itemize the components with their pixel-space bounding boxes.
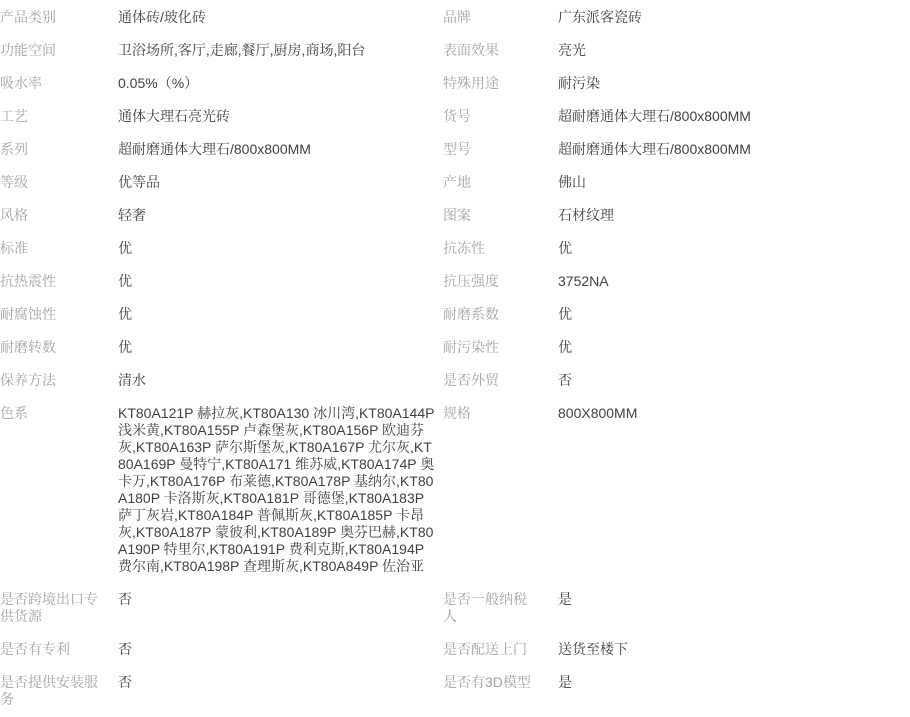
product-spec-table: 产品类别通体砖/玻化砖品牌广东派客瓷砖功能空间卫浴场所,客厅,走廊,餐厅,厨房,… bbox=[0, 9, 910, 717]
spec-label: 是否一般纳税人 bbox=[443, 591, 558, 641]
spec-value: 否 bbox=[558, 372, 910, 405]
spec-label: 是否外贸 bbox=[443, 372, 558, 405]
spec-value: 卫浴场所,客厅,走廊,餐厅,厨房,商场,阳台 bbox=[118, 42, 443, 75]
spec-label: 功能空间 bbox=[0, 42, 118, 75]
spec-label: 是否有3D模型 bbox=[443, 674, 558, 717]
spec-value: 超耐磨通体大理石/800x800MM bbox=[118, 141, 443, 174]
spec-row: 是否跨境出口专供货源否是否一般纳税人是 bbox=[0, 591, 910, 641]
spec-value: 3752NA bbox=[558, 273, 910, 306]
spec-value: 优 bbox=[118, 240, 443, 273]
spec-label: 图案 bbox=[443, 207, 558, 240]
spec-value: 优 bbox=[558, 339, 910, 372]
spec-label: 抗压强度 bbox=[443, 273, 558, 306]
spec-label: 色系 bbox=[0, 405, 118, 591]
spec-row: 耐磨转数优耐污染性优 bbox=[0, 339, 910, 372]
spec-label: 抗热震性 bbox=[0, 273, 118, 306]
spec-value: 优等品 bbox=[118, 174, 443, 207]
spec-value: 佛山 bbox=[558, 174, 910, 207]
spec-row: 风格轻奢图案石材纹理 bbox=[0, 207, 910, 240]
spec-value: KT80A121P 赫拉灰,KT80A130 冰川湾,KT80A144P 浅米黄… bbox=[118, 405, 443, 591]
spec-row: 是否有专利否是否配送上门送货至楼下 bbox=[0, 641, 910, 674]
spec-value: 是 bbox=[558, 674, 910, 717]
spec-row: 标准优抗冻性优 bbox=[0, 240, 910, 273]
spec-value: 优 bbox=[118, 306, 443, 339]
spec-label: 耐磨系数 bbox=[443, 306, 558, 339]
spec-value: 优 bbox=[558, 240, 910, 273]
spec-label: 系列 bbox=[0, 141, 118, 174]
spec-row: 等级优等品产地佛山 bbox=[0, 174, 910, 207]
spec-value: 优 bbox=[558, 306, 910, 339]
spec-value: 广东派客瓷砖 bbox=[558, 9, 910, 42]
spec-label: 产地 bbox=[443, 174, 558, 207]
spec-label: 保养方法 bbox=[0, 372, 118, 405]
spec-label: 是否有专利 bbox=[0, 641, 118, 674]
spec-row: 吸水率0.05%（%）特殊用途耐污染 bbox=[0, 75, 910, 108]
spec-value: 优 bbox=[118, 273, 443, 306]
spec-value: 超耐磨通体大理石/800x800MM bbox=[558, 108, 910, 141]
spec-row: 功能空间卫浴场所,客厅,走廊,餐厅,厨房,商场,阳台表面效果亮光 bbox=[0, 42, 910, 75]
spec-label: 货号 bbox=[443, 108, 558, 141]
product-spec-section: 产品类别通体砖/玻化砖品牌广东派客瓷砖功能空间卫浴场所,客厅,走廊,餐厅,厨房,… bbox=[0, 0, 910, 717]
spec-row: 是否提供安装服务否是否有3D模型是 bbox=[0, 674, 910, 717]
spec-label: 工艺 bbox=[0, 108, 118, 141]
spec-value: 石材纹理 bbox=[558, 207, 910, 240]
spec-label: 规格 bbox=[443, 405, 558, 591]
spec-label: 耐污染性 bbox=[443, 339, 558, 372]
spec-label: 等级 bbox=[0, 174, 118, 207]
spec-value: 超耐磨通体大理石/800x800MM bbox=[558, 141, 910, 174]
spec-value: 否 bbox=[118, 591, 443, 641]
spec-row: 保养方法清水是否外贸否 bbox=[0, 372, 910, 405]
spec-row: 色系KT80A121P 赫拉灰,KT80A130 冰川湾,KT80A144P 浅… bbox=[0, 405, 910, 591]
spec-label: 型号 bbox=[443, 141, 558, 174]
spec-value: 轻奢 bbox=[118, 207, 443, 240]
product-spec-table-body: 产品类别通体砖/玻化砖品牌广东派客瓷砖功能空间卫浴场所,客厅,走廊,餐厅,厨房,… bbox=[0, 9, 910, 717]
spec-value: 否 bbox=[118, 674, 443, 717]
spec-label: 吸水率 bbox=[0, 75, 118, 108]
spec-row: 产品类别通体砖/玻化砖品牌广东派客瓷砖 bbox=[0, 9, 910, 42]
spec-label: 耐腐蚀性 bbox=[0, 306, 118, 339]
spec-label: 品牌 bbox=[443, 9, 558, 42]
spec-value: 耐污染 bbox=[558, 75, 910, 108]
spec-value: 0.05%（%） bbox=[118, 75, 443, 108]
spec-label: 产品类别 bbox=[0, 9, 118, 42]
spec-label: 风格 bbox=[0, 207, 118, 240]
spec-label: 特殊用途 bbox=[443, 75, 558, 108]
spec-value: 否 bbox=[118, 641, 443, 674]
spec-row: 工艺通体大理石亮光砖货号超耐磨通体大理石/800x800MM bbox=[0, 108, 910, 141]
spec-value: 通体砖/玻化砖 bbox=[118, 9, 443, 42]
spec-row: 耐腐蚀性优耐磨系数优 bbox=[0, 306, 910, 339]
spec-label: 标准 bbox=[0, 240, 118, 273]
spec-label: 是否配送上门 bbox=[443, 641, 558, 674]
spec-value: 清水 bbox=[118, 372, 443, 405]
spec-label: 是否提供安装服务 bbox=[0, 674, 118, 717]
spec-value: 是 bbox=[558, 591, 910, 641]
spec-value: 送货至楼下 bbox=[558, 641, 910, 674]
spec-row: 系列超耐磨通体大理石/800x800MM型号超耐磨通体大理石/800x800MM bbox=[0, 141, 910, 174]
spec-label: 耐磨转数 bbox=[0, 339, 118, 372]
spec-value: 优 bbox=[118, 339, 443, 372]
spec-value: 通体大理石亮光砖 bbox=[118, 108, 443, 141]
spec-label: 表面效果 bbox=[443, 42, 558, 75]
spec-row: 抗热震性优抗压强度3752NA bbox=[0, 273, 910, 306]
spec-label: 抗冻性 bbox=[443, 240, 558, 273]
spec-value: 800X800MM bbox=[558, 405, 910, 591]
spec-value: 亮光 bbox=[558, 42, 910, 75]
spec-label: 是否跨境出口专供货源 bbox=[0, 591, 118, 641]
